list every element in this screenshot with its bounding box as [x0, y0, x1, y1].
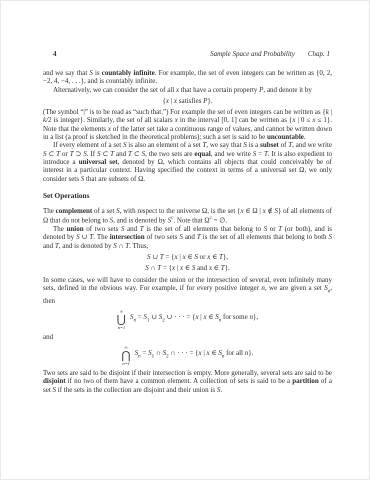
text-segment: uncountable	[267, 133, 304, 141]
text-segment: |	[329, 108, 332, 116]
paragraph: and	[43, 333, 332, 341]
text-segment: . The	[93, 233, 109, 241]
nary-union-operator: ∞⋃n=1	[117, 309, 126, 330]
page-body: and we say that S is countably infinite.…	[43, 69, 332, 394]
paragraph: The complement of a set S, with respect …	[43, 207, 332, 225]
text-segment: , we are given a set	[265, 284, 324, 292]
paragraph: and we say that S is countably infinite.…	[43, 69, 332, 86]
header-right: Sample Space and Probability Chap. 1	[210, 50, 330, 58]
running-title: Sample Space and Probability	[210, 50, 295, 58]
operator-lower-limit: n=1	[122, 361, 130, 366]
book-page: 4 Sample Space and Probability Chap. 1 a…	[0, 0, 370, 480]
text-segment: ⊂	[47, 150, 57, 158]
text-segment: .	[220, 386, 222, 394]
text-segment: ∈	[210, 253, 219, 261]
paragraph: Two sets are said to be disjoint if thei…	[43, 369, 332, 394]
text-segment: The	[43, 207, 56, 215]
text-segment: =	[141, 349, 148, 357]
text-segment: and	[195, 264, 209, 272]
text-segment: if the sets in the collection are disjoi…	[56, 386, 217, 394]
equation-body: Sn = S1 ∩ S2 ∩ · · · = {x | x ∈ Sn for a…	[135, 349, 254, 362]
text-segment: is also an element of a set	[126, 141, 202, 149]
equation: S ∩ T = {x | x ∈ S and x ∈ T}.	[43, 264, 332, 272]
nary-intersection-operator: ∞⋂n=1	[122, 345, 131, 366]
text-segment: .	[304, 133, 306, 141]
paragraph: In some cases, we will have to consider …	[43, 276, 332, 305]
text-segment: ∈	[207, 313, 216, 321]
text-segment: or	[267, 225, 278, 233]
text-segment: . Thus,	[129, 242, 148, 250]
text-segment: ∪	[150, 253, 159, 261]
text-segment: and	[43, 242, 55, 250]
text-segment: }.	[248, 349, 253, 357]
equation: {x | x satisfies P}.	[43, 97, 332, 105]
text-segment: and	[43, 333, 53, 341]
text-segment: subset	[260, 141, 279, 149]
text-segment: and	[124, 225, 139, 233]
text-segment: , and we write	[292, 141, 332, 149]
text-segment: if no two of them have a common element.…	[66, 377, 293, 385]
text-segment: and we say that	[43, 69, 89, 77]
text-segment: =	[256, 150, 264, 158]
text-segment: that have a certain property	[179, 86, 259, 94]
text-segment: is	[93, 69, 102, 77]
section-heading: Set Operations	[43, 192, 332, 200]
text-segment: = {	[164, 253, 175, 261]
text-segment: intersection	[110, 233, 145, 241]
text-segment: Two sets are said to be disjoint if thei…	[43, 369, 332, 377]
text-segment: ∩	[117, 242, 126, 250]
text-segment: . Note that Ω	[173, 217, 209, 225]
text-segment: and	[183, 233, 197, 241]
equation-body: Sn = S1 ∪ S2 ∪ · · · = {x | x ∈ Sn for s…	[130, 313, 258, 326]
text-segment: of a set	[92, 207, 116, 215]
text-segment: | 0 ≤	[295, 116, 312, 124]
text-segment: 2 is integer}. Similarly, the set of all…	[48, 116, 175, 124]
text-segment: in the interval [0, 1] can be written as…	[178, 116, 293, 124]
text-segment: ∪	[80, 233, 90, 241]
text-segment: or	[60, 150, 70, 158]
text-segment: of two sets	[84, 225, 121, 233]
operator-symbol: ⋂	[122, 350, 131, 361]
text-segment: ⊃	[74, 150, 84, 158]
paragraph: If every element of a set S is also an e…	[43, 141, 332, 182]
text-segment: ∩	[149, 264, 158, 272]
text-segment: ∪ · · · = {	[165, 313, 196, 321]
text-segment: ∈	[212, 264, 221, 272]
text-segment: and	[114, 150, 128, 158]
text-segment: If every element of a set	[53, 141, 123, 149]
text-segment: that are subsets of Ω.	[84, 175, 145, 183]
chapter-label: Chap. 1	[308, 50, 330, 58]
text-segment: complement	[56, 207, 93, 215]
text-segment: , the two sets are	[145, 150, 194, 158]
text-segment: partition	[292, 377, 318, 385]
text-segment: , and is denoted by	[59, 242, 113, 250]
text-segment: universal set	[79, 158, 118, 166]
text-segment: of two sets	[145, 233, 180, 241]
text-segment: ∪	[149, 313, 158, 321]
text-segment: ∩ · · · = {	[169, 349, 199, 357]
text-segment: = {	[161, 264, 172, 272]
text-segment: , and we write	[211, 150, 253, 158]
text-segment: satisfies	[177, 97, 203, 105]
text-segment: , and denote it by	[263, 86, 311, 94]
text-segment: for all	[224, 349, 244, 357]
paragraph: The union of two sets S and T is the set…	[43, 225, 332, 250]
text-segment: disjoint	[43, 377, 66, 385]
text-segment: },	[253, 313, 258, 321]
text-segment: (The symbol “|” is to be read as “such t…	[43, 108, 326, 116]
text-segment: ∩	[154, 349, 163, 357]
text-segment: is a	[247, 141, 260, 149]
text-segment: is the set of all elements that belong t…	[201, 233, 329, 241]
page-number: 4	[53, 50, 57, 58]
equation: S ∪ T = {x | x ∈ S or x ∈ T},	[43, 253, 332, 261]
operator-symbol: ⋃	[117, 314, 126, 325]
text-segment: },	[223, 253, 228, 261]
text-segment: countably infinite	[102, 69, 155, 77]
text-segment: ⊂	[101, 150, 111, 158]
text-segment: , and is denoted by	[113, 217, 167, 225]
text-segment: ⊂	[132, 150, 142, 158]
text-segment: union	[67, 225, 84, 233]
text-segment: S	[328, 233, 332, 241]
text-segment: ∈	[183, 264, 192, 272]
text-segment: for some	[221, 313, 249, 321]
text-segment: equal	[194, 150, 210, 158]
paragraph: (The symbol “|” is to be read as “such t…	[43, 108, 332, 141]
page-header: 4 Sample Space and Probability Chap. 1	[53, 50, 330, 58]
text-segment: The	[53, 225, 67, 233]
text-segment: of	[279, 141, 288, 149]
paragraph: Alternatively, we can consider the set o…	[43, 86, 332, 94]
text-segment: is the set of all elements that belong t…	[144, 225, 264, 233]
text-segment: or	[198, 253, 207, 261]
text-segment: = ∅.	[212, 217, 227, 225]
text-segment: . If	[87, 150, 97, 158]
text-segment: }.	[207, 97, 212, 105]
text-segment: Alternatively, we can consider the set o…	[53, 86, 176, 94]
text-segment: , we say that	[206, 141, 243, 149]
text-segment: }.	[225, 264, 230, 272]
text-segment: , with respect to the universe Ω, is the…	[120, 207, 241, 215]
text-segment: ∈ Ω |	[244, 207, 263, 215]
equation-big-operator: ∞⋂n=1Sn = S1 ∩ S2 ∩ · · · = {x | x ∈ Sn …	[43, 345, 332, 366]
operator-lower-limit: n=1	[118, 325, 126, 330]
equation-big-operator: ∞⋃n=1Sn = S1 ∪ S2 ∪ · · · = {x | x ∈ Sn …	[43, 309, 332, 330]
